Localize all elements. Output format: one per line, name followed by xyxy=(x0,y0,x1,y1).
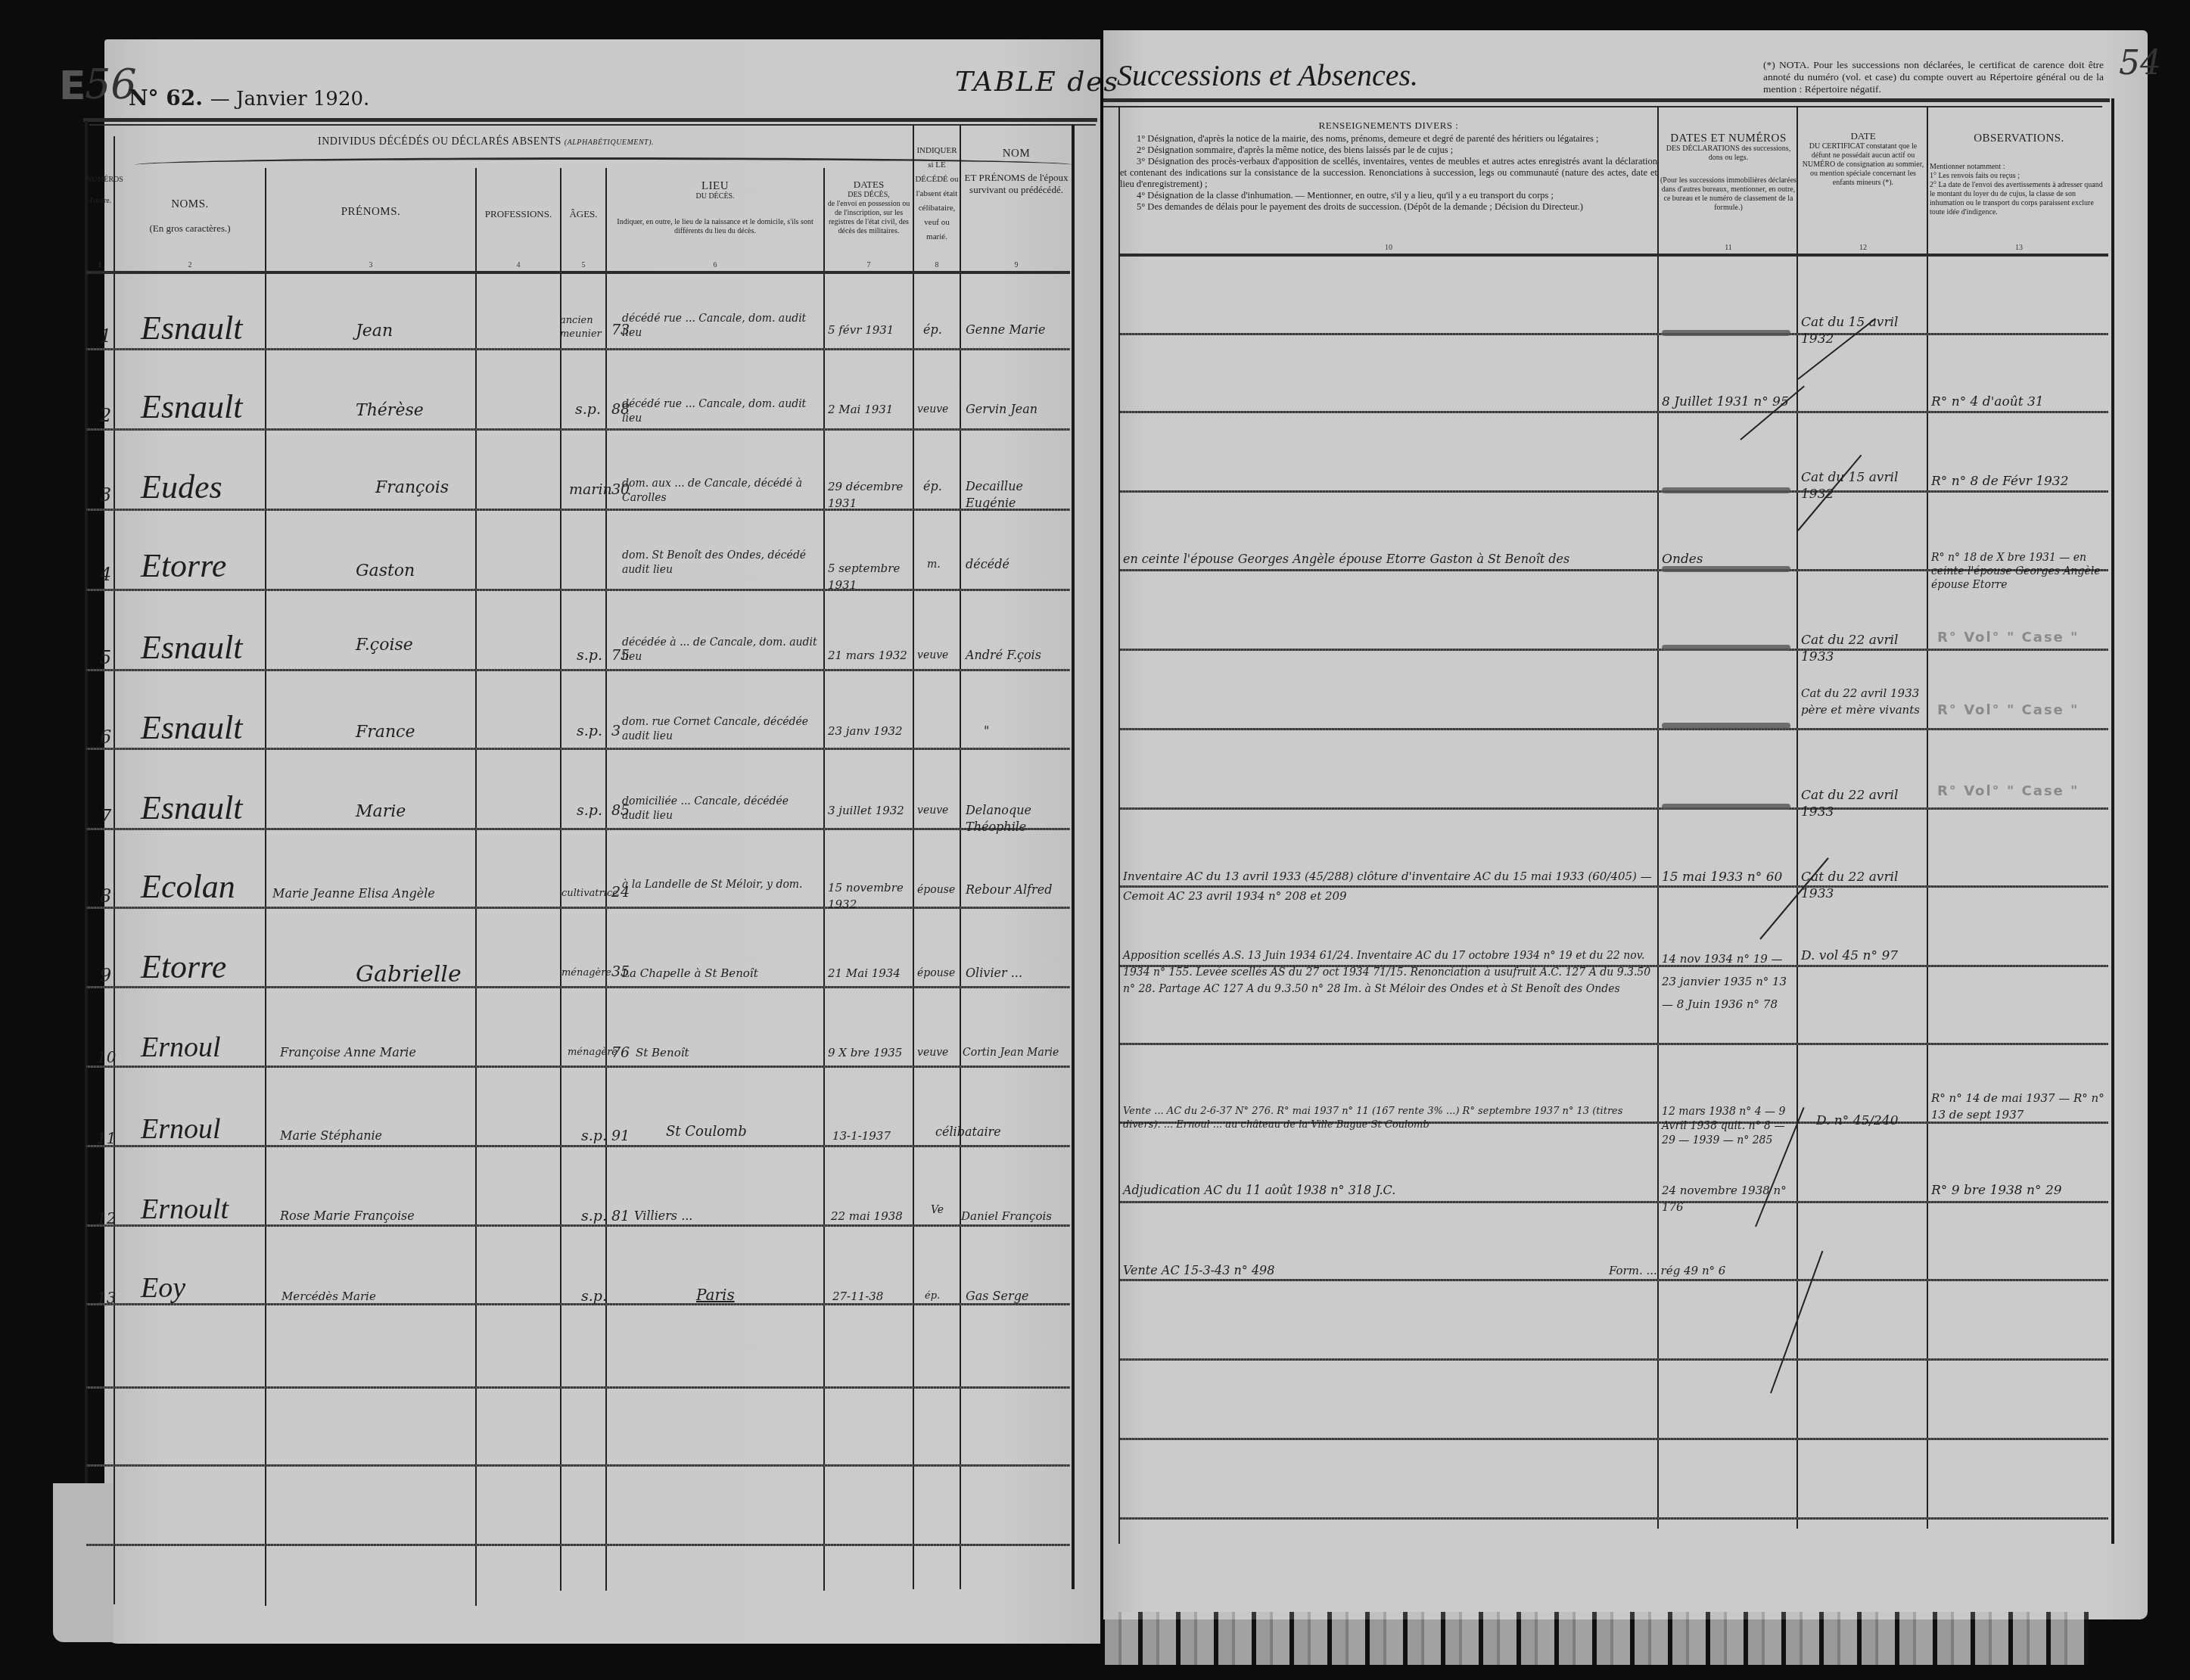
row-4-prenoms: Gaston xyxy=(356,562,415,580)
top-rule-left xyxy=(83,118,1097,122)
row-10-age: 76 xyxy=(611,1044,630,1061)
colhead-9: NOM ET PRÉNOMS de l'époux survivant ou p… xyxy=(961,148,1072,196)
row-3-nom: Eudes xyxy=(141,468,222,506)
section-banner: INDIVIDUS DÉCÉDÉS OU DÉCLARÉS ABSENTS (A… xyxy=(318,136,654,148)
row-11-renseignements: Vente ... AC du 2-6-37 N° 276. R° mai 19… xyxy=(1123,1105,1653,1132)
row-9-lieu: La Chapelle à St Benoît xyxy=(622,965,819,982)
row-1-lieu: décédé rue ... Cancale, dom. audit lieu xyxy=(622,312,819,341)
nota-text: (*) NOTA. Pour les successions non décla… xyxy=(1763,59,2104,95)
row-4-etat: m. xyxy=(927,556,957,573)
margin-letter: E xyxy=(59,64,86,109)
row-1-epoux: Genne Marie xyxy=(966,322,1072,338)
colnum: 8 xyxy=(914,261,960,269)
colnum: 7 xyxy=(825,261,913,269)
row-12-renseignements: Adjudication AC du 11 août 1938 n° 318 J… xyxy=(1123,1182,1653,1199)
register-no: N° 62. xyxy=(129,86,203,110)
row-9-epoux: Olivier ... xyxy=(966,965,1072,982)
row-9-prenoms: Gabrielle xyxy=(356,961,462,988)
row-11-date: 13-1-1937 xyxy=(832,1128,911,1144)
row-line xyxy=(86,986,1070,988)
row-7-etat: veuve xyxy=(917,802,960,819)
row-9-renseignements: Apposition scellés A.S. 13 Juin 1934 61/… xyxy=(1123,947,1653,997)
row-line xyxy=(86,1224,1070,1227)
colhead-2: NOMS.(En gros caractères.) xyxy=(115,198,265,235)
row-9-etat: épouse xyxy=(917,965,960,982)
colnum: 3 xyxy=(266,261,475,269)
row-8-nom: Ecolan xyxy=(141,867,235,906)
row-10-lieu: St Benoît xyxy=(636,1044,817,1061)
row-8-number: 8 xyxy=(100,885,111,907)
row-6-prenoms: France xyxy=(356,723,415,742)
row-1-nom: Esnault xyxy=(141,309,242,347)
row-3-date: 29 décembre 1931 xyxy=(828,478,911,512)
col-divider xyxy=(605,168,607,1591)
row-line xyxy=(86,1464,1070,1467)
row-6-nom: Esnault xyxy=(141,708,242,747)
colhead-12: DATE DU CERTIFICAT constatant que le déf… xyxy=(1800,130,1927,188)
row-2-epoux: Gervin Jean xyxy=(966,401,1072,418)
row-5-number: 5 xyxy=(100,647,111,668)
row-7-stamp: R° Vol° " Case " xyxy=(1937,783,2079,799)
row-6-lieu: dom. rue Cornet Cancale, décédée audit l… xyxy=(622,715,819,744)
row-9-declaration: 14 nov 1934 n° 19 — 23 janvier 1935 n° 1… xyxy=(1662,947,1798,1016)
register-number: N° 62. — Janvier 1920. xyxy=(129,86,369,110)
row-8-renseignements: Inventaire AC du 13 avril 1933 (45/288) … xyxy=(1123,866,1653,906)
colhead-13: OBSERVATIONS. Mentionner notamment : 1° … xyxy=(1930,132,2108,217)
row-1-certificat: Cat du 15 avril 1932 xyxy=(1801,314,1930,347)
colnum: 4 xyxy=(477,261,560,269)
cancel-stroke xyxy=(1662,487,1790,493)
row-2-number: 2 xyxy=(100,405,111,426)
colnum: 5 xyxy=(561,261,605,269)
row-12-age: 81 xyxy=(611,1208,630,1224)
col-divider xyxy=(560,168,561,1591)
row-12-lieu: Villiers ... xyxy=(634,1208,816,1224)
row-12-observations: R° 9 bre 1938 n° 29 xyxy=(1931,1182,2105,1199)
row-13-etat: ép. xyxy=(925,1288,960,1305)
row-8-lieu: à la Landelle de St Méloir, y dom. xyxy=(622,878,819,892)
row-11-declaration: 12 mars 1938 n° 4 — 9 Avril 1938 quit. n… xyxy=(1662,1105,1798,1148)
row-8-epoux: Rebour Alfred xyxy=(966,882,1072,898)
row-5-lieu: décédée à ... de Cancale, dom. audit lie… xyxy=(622,636,819,664)
row-line xyxy=(1120,1358,2108,1361)
row-4-renseignements: en ceinte l'épouse Georges Angèle épouse… xyxy=(1123,551,1653,568)
row-line xyxy=(1120,490,2108,493)
row-4-date: 5 septembre 1931 xyxy=(828,560,911,593)
row-8-declaration: 15 mai 1933 n° 60 xyxy=(1662,869,1798,885)
colnum: 11 xyxy=(1660,244,1796,252)
frame-left xyxy=(85,121,88,1483)
top-rule-left-thin xyxy=(89,124,1096,126)
row-5-certificat: Cat du 22 avril 1933 xyxy=(1801,632,1930,665)
row-line xyxy=(86,1066,1070,1068)
row-12-nom: Ernoult xyxy=(141,1193,229,1226)
row-4-declaration: Ondes xyxy=(1662,551,1707,568)
row-13-nom: Eoy xyxy=(141,1271,185,1305)
col-divider xyxy=(960,125,961,1589)
row-11-age: 91 xyxy=(611,1128,630,1144)
header-rule-right xyxy=(1120,254,2108,257)
row-6-stamp: R° Vol° " Case " xyxy=(1937,702,2079,718)
colnum: 9 xyxy=(961,261,1072,269)
colhead-3: PRÉNOMS. xyxy=(266,206,475,218)
row-7-lieu: domiciliée ... Cancale, décédée audit li… xyxy=(622,795,819,823)
cancel-stroke xyxy=(1662,723,1790,729)
row-line xyxy=(86,669,1070,671)
row-5-profession: s.p. xyxy=(577,647,602,664)
row-12-number: 12 xyxy=(97,1209,116,1227)
col-divider xyxy=(1118,106,1120,1544)
row-6-age: 3 xyxy=(611,723,621,739)
row-13-date: 27-11-38 xyxy=(832,1288,911,1305)
row-2-observations: R° n° 4 d'août 31 xyxy=(1931,394,2105,410)
row-2-nom: Esnault xyxy=(141,387,242,426)
row-3-number: 3 xyxy=(100,484,111,506)
row-12-declaration: 24 novembre 1938 n° 176 xyxy=(1662,1182,1798,1215)
row-11-profession: s.p. xyxy=(581,1128,607,1144)
row-1-etat: ép. xyxy=(923,322,960,338)
row-2-profession: s.p. xyxy=(575,401,601,418)
row-7-epoux: Delanoque Théophile xyxy=(966,802,1072,835)
row-line xyxy=(1120,728,2108,730)
colhead-5: ÂGES. xyxy=(561,208,605,220)
row-6-number: 6 xyxy=(100,726,111,748)
row-10-prenoms: Françoise Anne Marie xyxy=(280,1044,477,1061)
colhead-6: LIEU DU DÉCÈS. Indiquer, en outre, le li… xyxy=(608,180,822,236)
row-3-profession: marin xyxy=(569,481,612,498)
row-7-nom: Esnault xyxy=(141,789,242,827)
row-8-certificat: Cat du 22 avril 1933 xyxy=(1801,869,1930,902)
col-divider xyxy=(1657,106,1659,1529)
row-11-nom: Ernoul xyxy=(141,1112,221,1146)
row-9-nom: Etorre xyxy=(141,947,226,986)
colnum: 1 xyxy=(86,261,114,269)
row-line xyxy=(86,509,1070,511)
row-6-date: 23 janv 1932 xyxy=(828,723,911,739)
row-9-date: 21 Mai 1934 xyxy=(828,965,911,982)
row-8-etat: épouse xyxy=(917,882,960,898)
row-6-epoux: " xyxy=(984,723,1059,739)
row-11-etat: célibataire xyxy=(935,1124,1072,1140)
register-date: — Janvier 1920. xyxy=(210,88,369,110)
colhead-10: RENSEIGNEMENTS DIVERS : 1° Désignation, … xyxy=(1120,120,1657,213)
row-4-epoux: décédé xyxy=(966,556,1072,573)
header-rule-left xyxy=(86,271,1070,274)
row-9-profession: ménagère xyxy=(561,965,607,982)
row-line xyxy=(1120,1201,2108,1203)
right-page-number: 54 xyxy=(2119,44,2161,82)
cancel-stroke xyxy=(1662,330,1790,336)
row-1-date: 5 févr 1931 xyxy=(828,322,911,338)
row-line xyxy=(1120,1279,2108,1281)
row-3-lieu: dom. aux ... de Cancale, décédé à Caroll… xyxy=(622,477,819,506)
colnum: 6 xyxy=(608,261,822,269)
row-13-profession: s.p. xyxy=(581,1288,607,1305)
left-page xyxy=(104,39,1100,1644)
col-divider xyxy=(913,125,914,1589)
row-line xyxy=(86,1386,1070,1389)
row-9-number: 9 xyxy=(100,965,111,986)
row-11-lieu: St Coulomb xyxy=(666,1124,817,1140)
row-5-stamp: R° Vol° " Case " xyxy=(1937,630,2079,646)
colhead-1: NUMÉROSd'ordre. xyxy=(86,176,114,206)
row-line xyxy=(86,907,1070,909)
row-line xyxy=(1120,333,2108,335)
row-1-prenoms: Jean xyxy=(356,322,393,341)
row-12-profession: s.p. xyxy=(581,1208,607,1224)
row-11-observations: R° n° 14 de mai 1937 — R° n° 13 de sept … xyxy=(1931,1090,2105,1123)
row-7-prenoms: Marie xyxy=(356,802,406,821)
row-13-renseignements: Vente AC 15-3-43 n° 498 xyxy=(1123,1262,1426,1279)
colhead-4: PROFESSIONS. xyxy=(477,208,560,220)
row-2-lieu: décédé rue ... Cancale, dom. audit lieu xyxy=(622,397,819,426)
top-rule-right xyxy=(1103,98,2110,102)
title-left: TABLE des xyxy=(955,67,1119,98)
row-2-prenoms: Thérèse xyxy=(356,401,424,420)
row-12-epoux: Daniel François xyxy=(961,1208,1075,1224)
row-1-number: 1 xyxy=(100,325,111,347)
row-13-prenoms: Mercédès Marie xyxy=(282,1288,478,1305)
row-line xyxy=(86,1145,1070,1147)
frame-right xyxy=(2111,98,2114,1544)
row-10-profession: ménagère xyxy=(568,1044,610,1061)
cancel-stroke xyxy=(1662,645,1790,651)
page-curl xyxy=(53,1483,114,1642)
col-divider xyxy=(114,136,115,1604)
row-5-prenoms: F.çoise xyxy=(356,636,413,655)
colnum: 13 xyxy=(1930,244,2108,252)
row-3-observations: R° n° 8 de Févr 1932 xyxy=(1931,473,2105,490)
row-line xyxy=(1120,1043,2108,1045)
row-11-certificat: D. n° 45/240 xyxy=(1816,1112,1930,1129)
row-7-number: 7 xyxy=(100,806,111,827)
row-9-certificat: D. vol 45 n° 97 xyxy=(1801,947,1930,964)
colnum: 2 xyxy=(115,261,265,269)
row-10-nom: Ernoul xyxy=(141,1031,221,1064)
row-1-profession: ancien meunier xyxy=(560,314,605,341)
row-8-prenoms: Marie Jeanne Elisa Angèle xyxy=(272,885,477,902)
row-line xyxy=(86,428,1070,431)
row-5-epoux: André F.çois xyxy=(966,647,1072,664)
row-10-date: 9 X bre 1935 xyxy=(828,1044,911,1061)
row-6-certificat: Cat du 22 avril 1933 père et mère vivant… xyxy=(1801,685,1930,718)
colhead-11: DATES ET NUMÉROS DES DÉCLARATIONS des su… xyxy=(1660,132,1796,213)
col-divider xyxy=(823,168,825,1591)
row-3-etat: ép. xyxy=(923,478,960,495)
row-11-number: 11 xyxy=(97,1129,116,1147)
row-line xyxy=(1120,807,2108,810)
row-12-prenoms: Rose Marie Françoise xyxy=(280,1208,477,1224)
row-12-etat: Ve xyxy=(931,1202,960,1218)
row-7-date: 3 juillet 1932 xyxy=(828,802,911,819)
row-line xyxy=(86,1544,1070,1546)
col-divider xyxy=(1072,125,1075,1589)
row-4-nom: Etorre xyxy=(141,546,226,585)
row-4-lieu: dom. St Benoît des Ondes, décédé audit l… xyxy=(622,549,819,577)
row-8-date: 15 novembre 1932 xyxy=(828,879,911,913)
colhead-7: DATES DES DÉCÈS, de l'envoi en possessio… xyxy=(825,179,913,236)
row-10-etat: veuve xyxy=(917,1044,960,1061)
row-line xyxy=(86,589,1070,591)
row-line xyxy=(1120,649,2108,651)
row-3-prenoms: François xyxy=(375,478,449,497)
row-line xyxy=(1120,1517,2108,1520)
row-5-date: 21 mars 1932 xyxy=(828,647,911,664)
row-10-epoux: Cortin Jean Marie xyxy=(963,1044,1073,1061)
row-4-observations: R° n° 18 de X bre 1931 — en ceinte l'épo… xyxy=(1931,551,2105,592)
row-13-lieu: Paris xyxy=(696,1286,787,1303)
row-line xyxy=(86,348,1070,350)
row-line xyxy=(86,1303,1070,1305)
row-line xyxy=(1120,411,2108,413)
row-10-number: 10 xyxy=(97,1048,116,1066)
row-7-profession: s.p. xyxy=(577,802,602,819)
row-5-etat: veuve xyxy=(917,647,960,664)
row-5-nom: Esnault xyxy=(141,628,242,667)
top-rule-right-thin xyxy=(1103,106,2102,107)
row-3-epoux: Decaillue Eugénie xyxy=(966,478,1072,512)
row-12-date: 22 mai 1938 xyxy=(831,1208,914,1224)
row-line xyxy=(86,828,1070,830)
colhead-8: INDIQUER si LE DÉCÉDÉ ou l'absent était … xyxy=(914,144,960,244)
row-7-certificat: Cat du 22 avril 1933 xyxy=(1801,787,1930,820)
row-line xyxy=(86,748,1070,750)
row-4-number: 4 xyxy=(100,564,111,585)
right-page xyxy=(1103,30,2148,1619)
row-13-declaration: Form. ... rég 49 n° 6 xyxy=(1609,1262,1806,1279)
row-line xyxy=(1120,1438,2108,1440)
row-13-number: 13 xyxy=(97,1289,116,1307)
cancel-stroke xyxy=(1662,804,1790,810)
colnum: 12 xyxy=(1800,244,1927,252)
torn-edge xyxy=(1105,1612,2089,1665)
row-11-prenoms: Marie Stéphanie xyxy=(280,1128,477,1144)
row-13-epoux: Gas Serge xyxy=(966,1288,1072,1305)
row-6-profession: s.p. xyxy=(577,723,602,739)
row-8-profession: cultivatrice xyxy=(561,885,607,902)
colnum: 10 xyxy=(1120,244,1657,252)
col-divider xyxy=(265,168,266,1606)
row-3-certificat: Cat du 15 avril 1932 xyxy=(1801,469,1930,502)
title-right: Successions et Absences. xyxy=(1117,58,1418,93)
row-2-etat: veuve xyxy=(917,401,960,418)
row-2-date: 2 Mai 1931 xyxy=(828,401,911,418)
